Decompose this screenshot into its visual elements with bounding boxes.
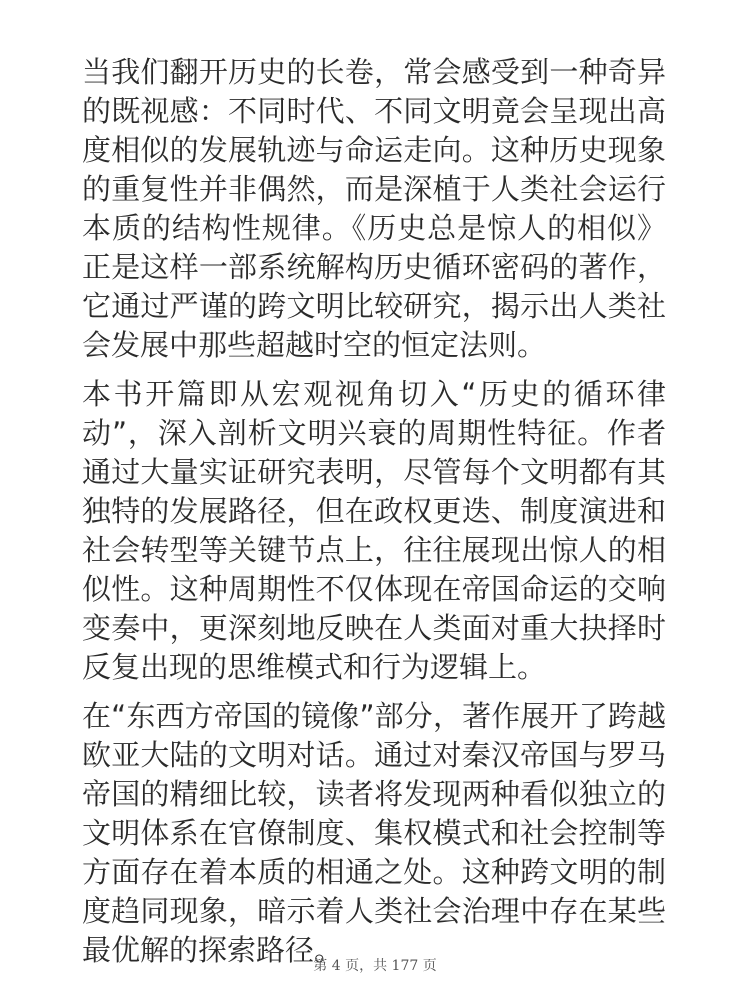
document-page: 当我们翻开历史的长卷，常会感受到一种奇异的既视感：不同时代、不同文明竟会呈现出高… — [82, 53, 666, 980]
paragraph-empires: 在“东西方帝国的镜像”部分，著作展开了跨越欧亚大陆的文明对话。通过对秦汉帝国与罗… — [82, 697, 666, 970]
paragraph-intro: 当我们翻开历史的长卷，常会感受到一种奇异的既视感：不同时代、不同文明竟会呈现出高… — [82, 53, 666, 365]
paragraph-cycle: 本书开篇即从宏观视角切入“历史的循环律动”，深入剖析文明兴衰的周期性特征。作者通… — [82, 375, 666, 687]
page-number-footer: 第 4 页，共 177 页 — [0, 955, 750, 975]
